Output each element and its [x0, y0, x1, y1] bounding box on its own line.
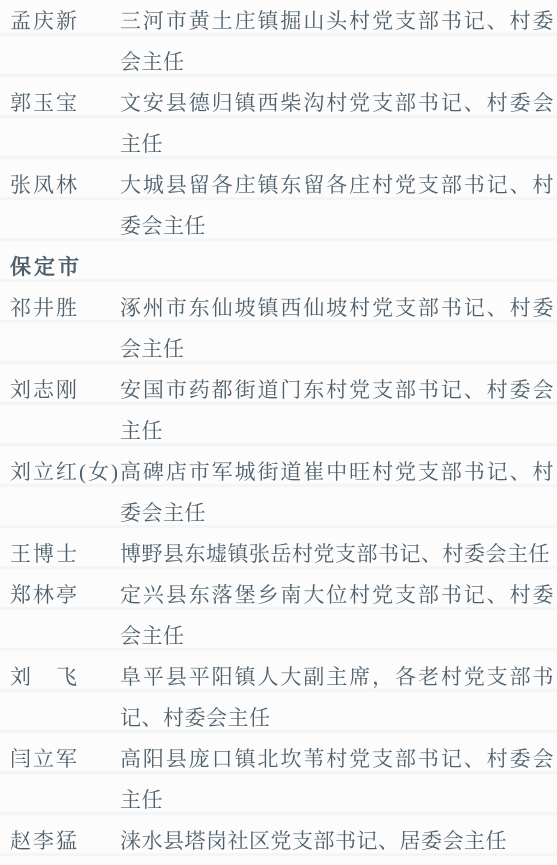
position-text: 涞水县塔岗社区党支部书记、居委会主任 [120, 821, 554, 862]
person-name: 闫立军 [10, 739, 120, 780]
roster-list: 孟庆新三河市黄土庄镇掘山头村党支部书记、村委会主任郭玉宝文安县德归镇西柴沟村党支… [10, 1, 557, 862]
position-text: 文安县德归镇西柴沟村党支部书记、村委会主任 [120, 83, 554, 165]
list-item: 王博士博野县东墟镇张岳村党支部书记、村委会主任 [10, 534, 557, 575]
position-text: 大城县留各庄镇东留各庄村党支部书记、村委会主任 [120, 165, 554, 247]
position-line: 涿州市东仙坡镇西仙坡村党支部书记、村委 [120, 288, 554, 329]
position-line: 主任 [120, 124, 554, 165]
position-line: 高碑店市军城街道崔中旺村党支部书记、村 [120, 452, 554, 493]
person-name: 张凤林 [10, 165, 120, 206]
position-line: 记、村委会主任 [120, 698, 554, 739]
list-item: 孟庆新三河市黄土庄镇掘山头村党支部书记、村委会主任 [10, 1, 557, 83]
person-name: 刘 飞 [10, 657, 120, 698]
list-item: 刘志刚安国市药都街道门东村党支部书记、村委会主任 [10, 370, 557, 452]
position-line: 主任 [120, 411, 554, 452]
position-line: 委会主任 [120, 493, 554, 534]
position-text: 涿州市东仙坡镇西仙坡村党支部书记、村委会主任 [120, 288, 554, 370]
person-name: 郑林亭 [10, 575, 120, 616]
list-item: 郭玉宝文安县德归镇西柴沟村党支部书记、村委会主任 [10, 83, 557, 165]
list-item: 祁井胜涿州市东仙坡镇西仙坡村党支部书记、村委会主任 [10, 288, 557, 370]
section-header-label: 保定市 [10, 247, 120, 288]
position-line: 会主任 [120, 42, 554, 83]
person-name: 王博士 [10, 534, 120, 575]
position-line: 博野县东墟镇张岳村党支部书记、村委会主任 [120, 534, 554, 575]
section-header: 保定市 [10, 247, 557, 288]
position-line: 安国市药都街道门东村党支部书记、村委会 [120, 370, 554, 411]
position-line: 委会主任 [120, 206, 554, 247]
position-text: 三河市黄土庄镇掘山头村党支部书记、村委会主任 [120, 1, 554, 83]
document-page: 孟庆新三河市黄土庄镇掘山头村党支部书记、村委会主任郭玉宝文安县德归镇西柴沟村党支… [0, 0, 557, 865]
position-line: 高阳县庞口镇北坎苇村党支部书记、村委会 [120, 739, 554, 780]
list-item: 赵李猛涞水县塔岗社区党支部书记、居委会主任 [10, 821, 557, 862]
position-line: 涞水县塔岗社区党支部书记、居委会主任 [120, 821, 554, 862]
position-text: 高阳县庞口镇北坎苇村党支部书记、村委会主任 [120, 739, 554, 821]
position-text: 阜平县平阳镇人大副主席，各老村党支部书记、村委会主任 [120, 657, 554, 739]
position-line: 大城县留各庄镇东留各庄村党支部书记、村 [120, 165, 554, 206]
person-name: 孟庆新 [10, 1, 120, 42]
position-line: 会主任 [120, 616, 554, 657]
position-text: 高碑店市军城街道崔中旺村党支部书记、村委会主任 [120, 452, 554, 534]
position-text: 定兴县东落堡乡南大位村党支部书记、村委会主任 [120, 575, 554, 657]
person-name: 刘志刚 [10, 370, 120, 411]
position-line: 阜平县平阳镇人大副主席，各老村党支部书 [120, 657, 554, 698]
position-line: 文安县德归镇西柴沟村党支部书记、村委会 [120, 83, 554, 124]
position-text: 博野县东墟镇张岳村党支部书记、村委会主任 [120, 534, 554, 575]
list-item: 刘 飞阜平县平阳镇人大副主席，各老村党支部书记、村委会主任 [10, 657, 557, 739]
list-item: 张凤林大城县留各庄镇东留各庄村党支部书记、村委会主任 [10, 165, 557, 247]
list-item: 郑林亭定兴县东落堡乡南大位村党支部书记、村委会主任 [10, 575, 557, 657]
position-line: 会主任 [120, 329, 554, 370]
person-name: 赵李猛 [10, 821, 120, 862]
position-line: 定兴县东落堡乡南大位村党支部书记、村委 [120, 575, 554, 616]
list-item: 闫立军高阳县庞口镇北坎苇村党支部书记、村委会主任 [10, 739, 557, 821]
position-line: 三河市黄土庄镇掘山头村党支部书记、村委 [120, 1, 554, 42]
list-item: 刘立红(女)高碑店市军城街道崔中旺村党支部书记、村委会主任 [10, 452, 557, 534]
position-line: 主任 [120, 780, 554, 821]
person-name: 祁井胜 [10, 288, 120, 329]
person-name: 刘立红(女) [10, 452, 120, 493]
position-text: 安国市药都街道门东村党支部书记、村委会主任 [120, 370, 554, 452]
person-name: 郭玉宝 [10, 83, 120, 124]
